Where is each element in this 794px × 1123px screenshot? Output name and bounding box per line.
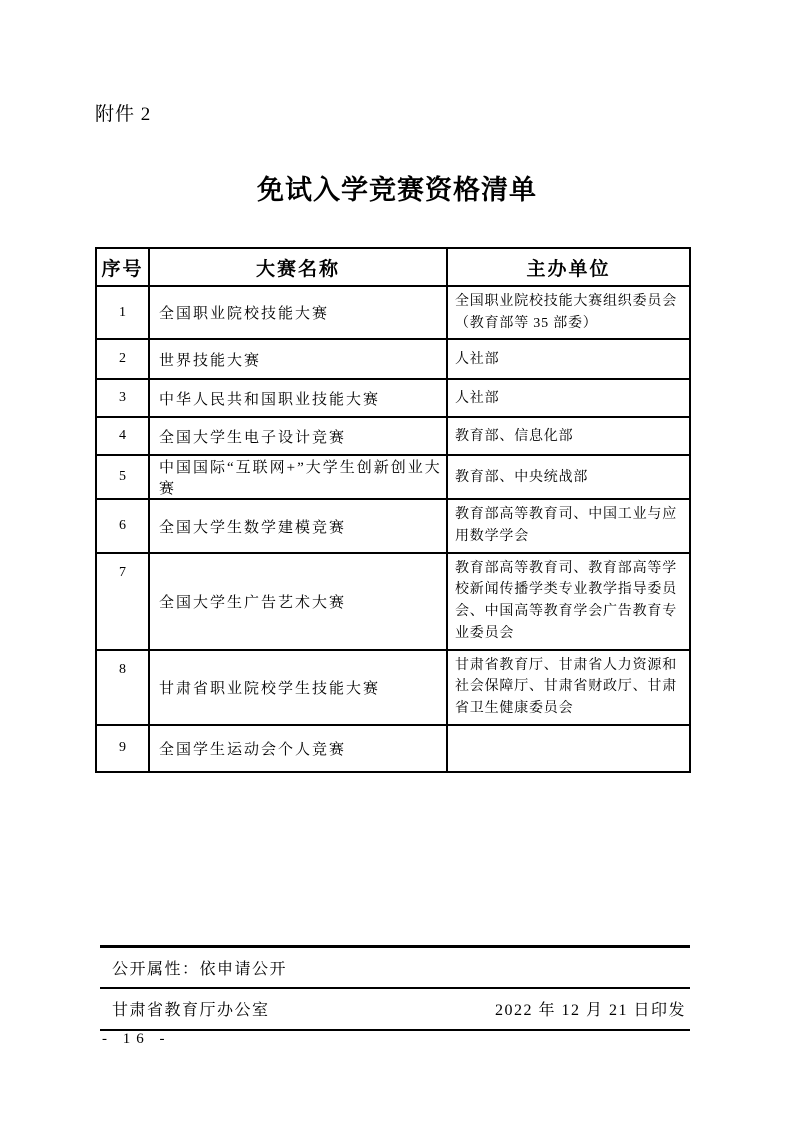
row-competition-name: 全国大学生广告艺术大赛 [149, 553, 447, 650]
table-row: 5 中国国际“互联网+”大学生创新创业大赛 教育部、中央统战部 [96, 455, 690, 499]
row-competition-name: 全国大学生数学建模竞赛 [149, 499, 447, 552]
competition-table: 序号 大赛名称 主办单位 1 全国职业院校技能大赛 全国职业院校技能大赛组织委员… [95, 247, 691, 773]
page-number: - 16 - [102, 1031, 171, 1048]
issuer-office: 甘肃省教育厅办公室 [112, 997, 270, 1020]
row-host-unit: 教育部高等教育司、中国工业与应用数学学会 [447, 499, 690, 552]
row-host-unit [447, 725, 690, 772]
page-title: 免试入学竞赛资格清单 [0, 168, 794, 207]
table-row: 1 全国职业院校技能大赛 全国职业院校技能大赛组织委员会（教育部等 35 部委） [96, 286, 690, 339]
document-footer: 公开属性：依申请公开 甘肃省教育厅办公室 2022 年 12 月 21 日印发 [100, 945, 690, 1031]
row-seq: 3 [96, 379, 149, 417]
header-name: 大赛名称 [149, 248, 447, 286]
table-header: 序号 大赛名称 主办单位 [96, 248, 690, 286]
table-body: 1 全国职业院校技能大赛 全国职业院校技能大赛组织委员会（教育部等 35 部委）… [96, 286, 690, 772]
row-competition-name: 中华人民共和国职业技能大赛 [149, 379, 447, 417]
public-attribute-line: 公开属性：依申请公开 [100, 948, 690, 987]
header-row: 序号 大赛名称 主办单位 [96, 248, 690, 286]
table-row: 8 甘肃省职业院校学生技能大赛 甘肃省教育厅、甘肃省人力资源和社会保障厅、甘肃省… [96, 650, 690, 725]
table-row: 2 世界技能大赛 人社部 [96, 339, 690, 379]
header-seq: 序号 [96, 248, 149, 286]
row-seq: 8 [96, 650, 149, 725]
table-row: 4 全国大学生电子设计竞赛 教育部、信息化部 [96, 417, 690, 455]
row-host-unit: 人社部 [447, 339, 690, 379]
row-seq: 5 [96, 455, 149, 499]
row-seq: 1 [96, 286, 149, 339]
row-host-unit: 教育部高等教育司、教育部高等学校新闻传播学类专业教学指导委员会、中国高等教育学会… [447, 553, 690, 650]
row-host-unit: 教育部、信息化部 [447, 417, 690, 455]
row-host-unit: 甘肃省教育厅、甘肃省人力资源和社会保障厅、甘肃省财政厅、甘肃省卫生健康委员会 [447, 650, 690, 725]
issue-line: 甘肃省教育厅办公室 2022 年 12 月 21 日印发 [100, 989, 690, 1029]
row-competition-name: 全国大学生电子设计竞赛 [149, 417, 447, 455]
table-row: 6 全国大学生数学建模竞赛 教育部高等教育司、中国工业与应用数学学会 [96, 499, 690, 552]
table-row: 3 中华人民共和国职业技能大赛 人社部 [96, 379, 690, 417]
header-host: 主办单位 [447, 248, 690, 286]
row-competition-name: 全国职业院校技能大赛 [149, 286, 447, 339]
row-seq: 2 [96, 339, 149, 379]
row-seq: 9 [96, 725, 149, 772]
document-page: 附件 2 免试入学竞赛资格清单 序号 大赛名称 主办单位 1 全国职业院校技能大… [0, 0, 794, 1123]
row-host-unit: 人社部 [447, 379, 690, 417]
row-seq: 4 [96, 417, 149, 455]
issue-date: 2022 年 12 月 21 日印发 [495, 997, 686, 1020]
row-competition-name: 中国国际“互联网+”大学生创新创业大赛 [149, 455, 447, 499]
row-seq: 7 [96, 553, 149, 650]
table-row: 7 全国大学生广告艺术大赛 教育部高等教育司、教育部高等学校新闻传播学类专业教学… [96, 553, 690, 650]
row-competition-name: 全国学生运动会个人竞赛 [149, 725, 447, 772]
row-competition-name: 甘肃省职业院校学生技能大赛 [149, 650, 447, 725]
row-host-unit: 全国职业院校技能大赛组织委员会（教育部等 35 部委） [447, 286, 690, 339]
footer-rule-bottom [100, 1029, 690, 1031]
row-host-unit: 教育部、中央统战部 [447, 455, 690, 499]
attachment-label: 附件 2 [95, 99, 151, 126]
row-competition-name: 世界技能大赛 [149, 339, 447, 379]
table-row: 9 全国学生运动会个人竞赛 [96, 725, 690, 772]
row-seq: 6 [96, 499, 149, 552]
